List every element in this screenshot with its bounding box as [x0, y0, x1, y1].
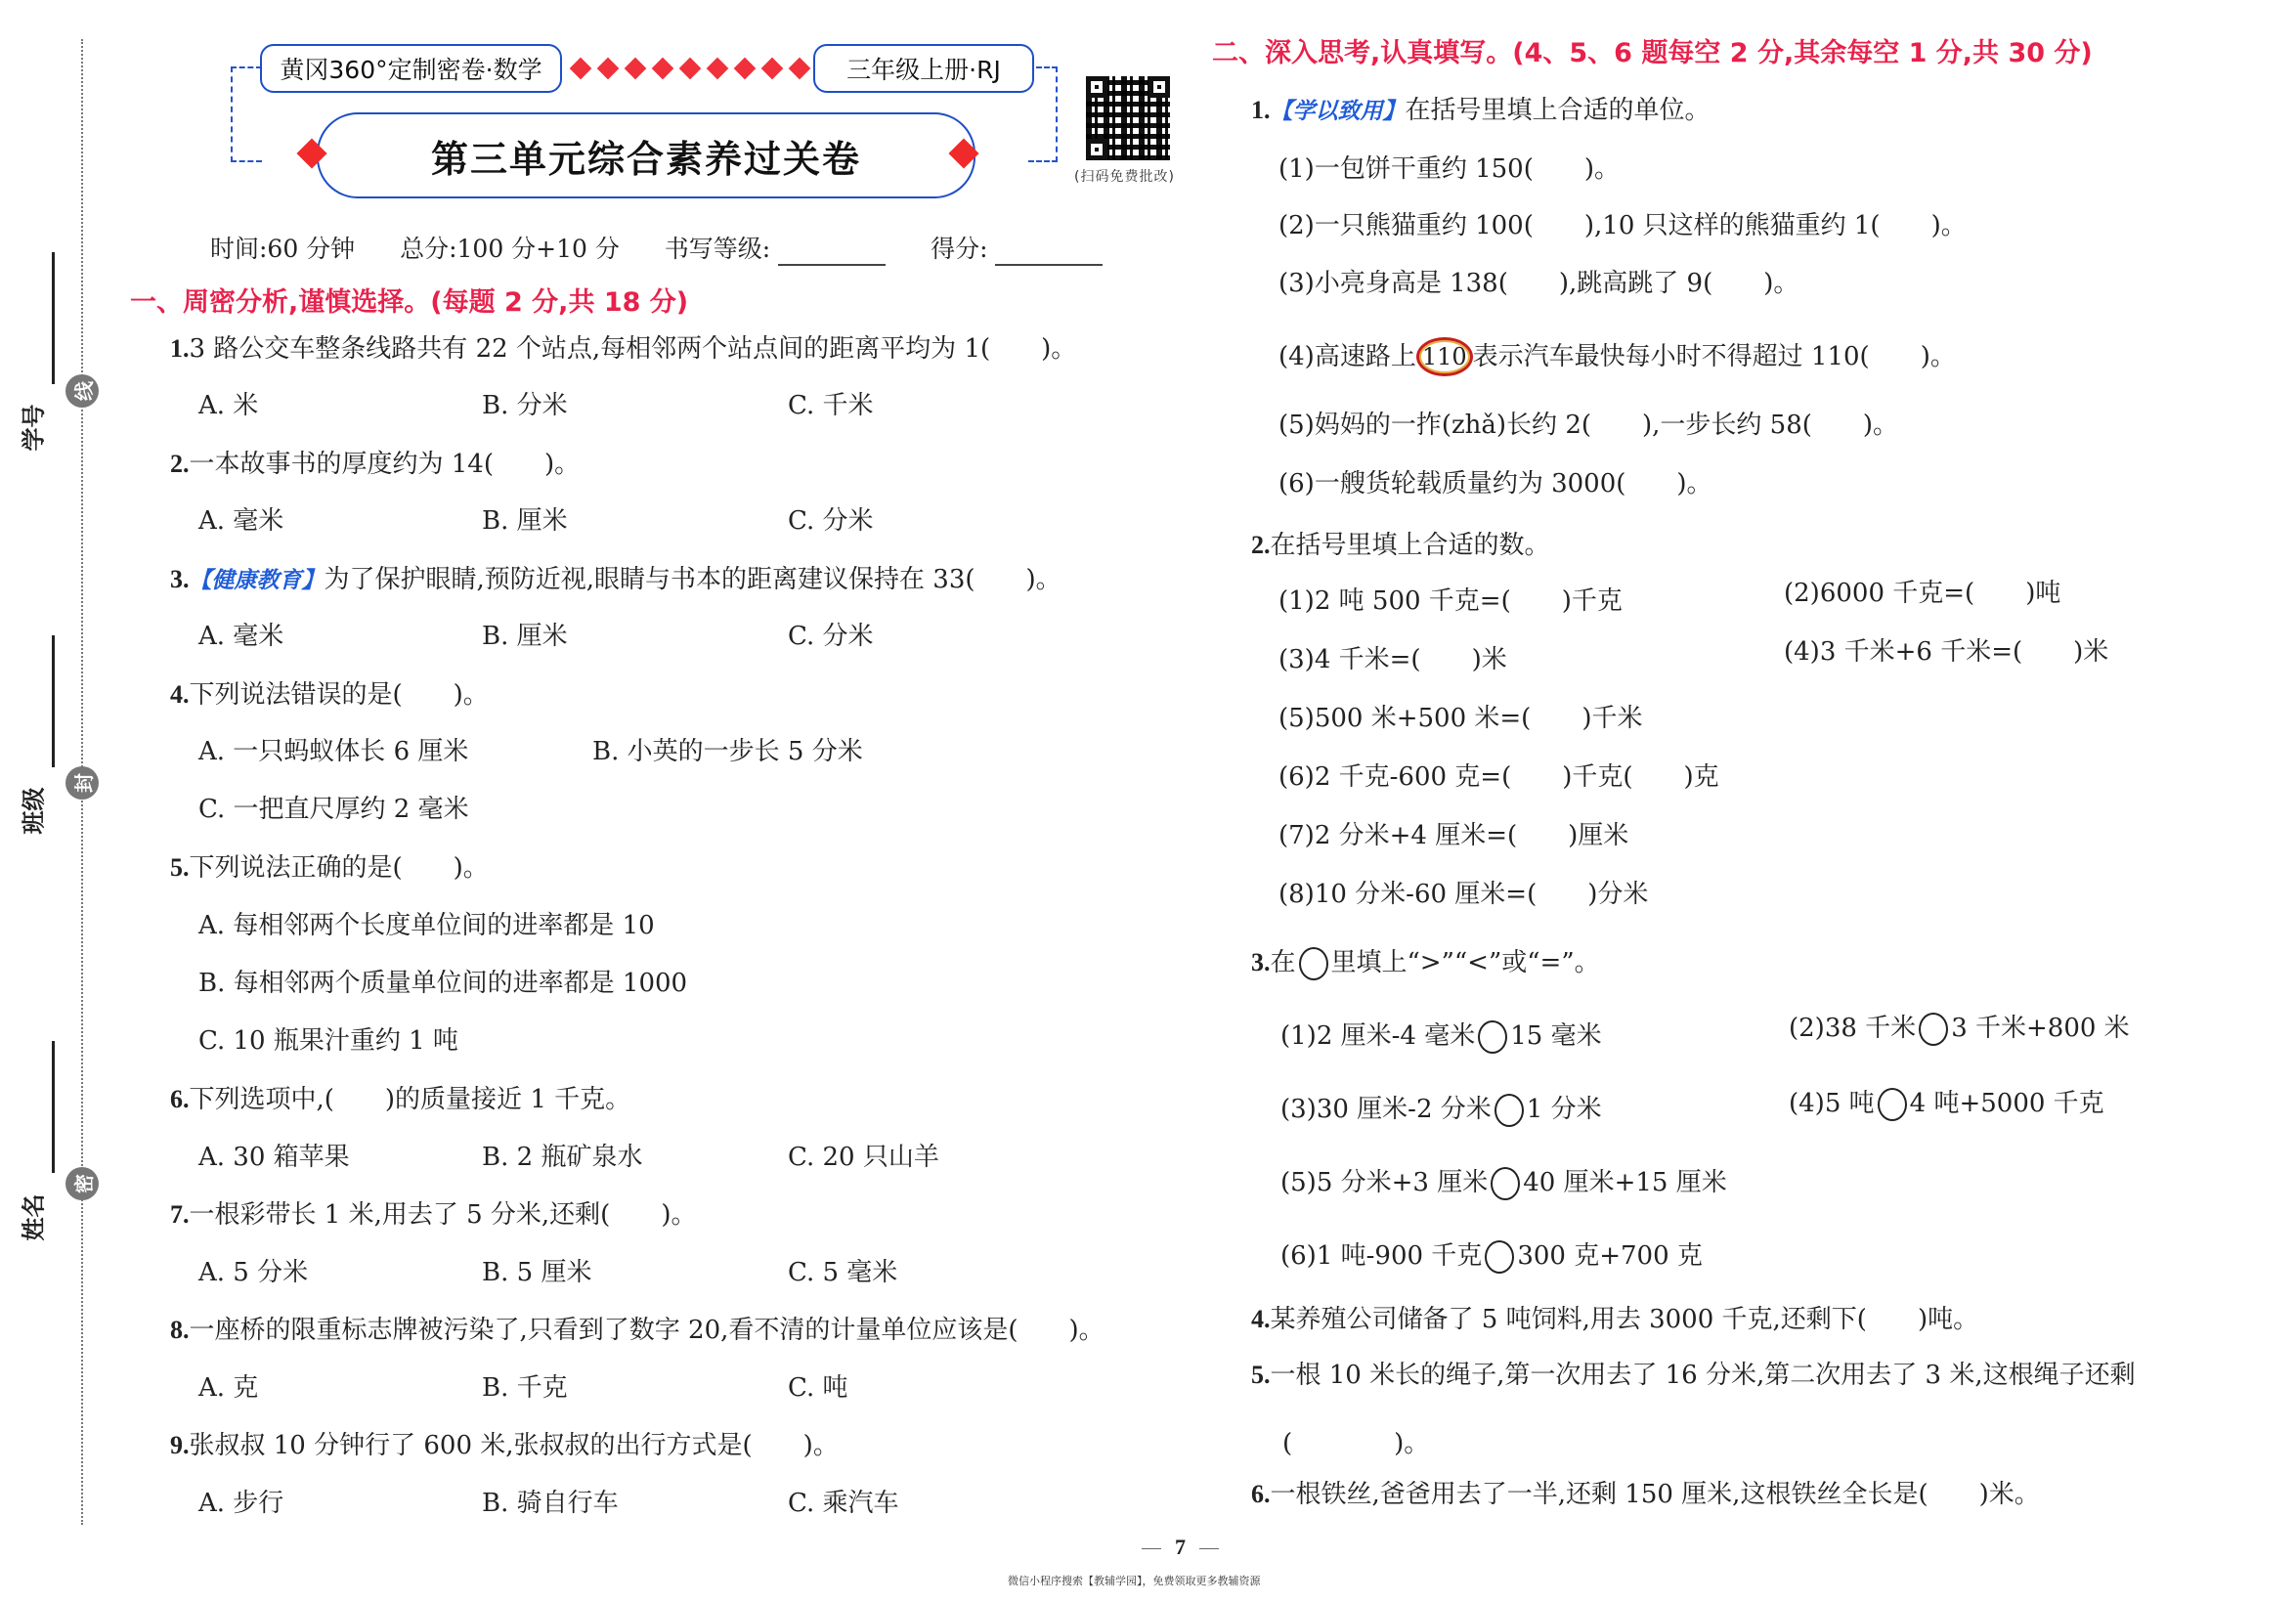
diamond-icon — [789, 58, 811, 80]
s1-question-3: 3.【健康教育】为了保护眼睛,预防近视,眼睛与书本的距离建议保持在 33( )。 — [170, 563, 1061, 597]
section1-title: 一、周密分析,谨慎选择。(每题 2 分,共 18 分) — [130, 281, 688, 319]
diamond-icon — [625, 58, 647, 80]
s2-q2-item-8[interactable]: (8)10 分米-60 厘米=( )分米 — [1278, 878, 1648, 911]
s1-question-1: 1.3 路公交车整条线路共有 22 个站点,每相邻两个站点间的距离平均为 1( … — [170, 332, 1076, 366]
s1-q7-option-a[interactable]: A. 5 分米 — [198, 1256, 308, 1289]
title-box: 第三单元综合素养过关卷 — [317, 112, 975, 198]
grade-label-box: 三年级上册·RJ — [813, 44, 1034, 93]
student-id-line — [52, 252, 55, 384]
diamond-icon — [679, 58, 702, 80]
footer-note: 微信小程序搜索【教辅学园】，免费领取更多教辅资源 — [1008, 1573, 1261, 1588]
series-label-box: 黄冈360°定制密卷·数学 — [260, 44, 562, 93]
s1-question-2: 2.一本故事书的厚度约为 14( )。 — [170, 448, 580, 481]
s2-q2-item-5[interactable]: (5)500 米+500 米=( )千米 — [1278, 702, 1642, 735]
s1-q2-option-b[interactable]: B. 厘米 — [482, 504, 568, 538]
page-title: 第三单元综合素养过关卷 — [431, 129, 861, 183]
s2-question-5: 5.一根 10 米长的绳子,第一次用去了 16 分米,第二次用去了 3 米,这根… — [1251, 1359, 2136, 1392]
seal-feng-icon: 封 — [65, 766, 99, 800]
compare-circle-icon — [1299, 947, 1328, 980]
diamond-icon — [652, 58, 674, 80]
score-field[interactable] — [995, 264, 1103, 266]
s1-q4-option-c[interactable]: C. 一把直尺厚约 2 毫米 — [198, 793, 469, 826]
s1-q5-option-a[interactable]: A. 每相邻两个长度单位间的进率都是 10 — [198, 909, 655, 942]
s2-q3-item-1[interactable]: (1)2 厘米-4 毫米15 毫米 — [1280, 1019, 1602, 1054]
s1-q8-option-c[interactable]: C. 吨 — [788, 1371, 848, 1405]
page-number: 7 — [1175, 1535, 1186, 1559]
s1-question-5: 5.下列说法正确的是( )。 — [170, 851, 489, 885]
s1-question-7: 7.一根彩带长 1 米,用去了 5 分米,还剩( )。 — [170, 1198, 696, 1232]
s2-q1-item-5[interactable]: (5)妈妈的一拃(zhǎ)长约 2( ),一步长约 58( )。 — [1278, 409, 1898, 442]
s1-q1-option-c[interactable]: C. 千米 — [788, 389, 874, 422]
s2-q1-item-4[interactable]: (4)高速路上110表示汽车最快每小时不得超过 110( )。 — [1278, 337, 1956, 376]
score-label: 得分: — [931, 235, 987, 263]
writing-grade-field[interactable] — [778, 264, 886, 266]
s2-q1-item-2[interactable]: (2)一只熊猫重约 100( ),10 只这样的熊猫重约 1( )。 — [1278, 209, 1967, 242]
dash-left — [1142, 1548, 1161, 1549]
dash-right — [1199, 1548, 1219, 1549]
s1-q6-option-b[interactable]: B. 2 瓶矿泉水 — [482, 1141, 642, 1174]
s1-q8-option-b[interactable]: B. 千克 — [482, 1371, 568, 1405]
s1-q5-option-c[interactable]: C. 10 瓶果汁重约 1 吨 — [198, 1024, 458, 1058]
diamond-icon — [597, 58, 620, 80]
total-score: 总分:100 分+10 分 — [400, 235, 620, 263]
diamond-icon — [761, 58, 784, 80]
s2-q3-item-6[interactable]: (6)1 吨-900 千克300 克+700 克 — [1280, 1239, 1703, 1274]
s2-q3-item-3[interactable]: (3)30 厘米-2 分米1 分米 — [1280, 1093, 1602, 1127]
s2-q3-item-5[interactable]: (5)5 分米+3 厘米40 厘米+15 厘米 — [1280, 1166, 1727, 1200]
header-left-connector — [231, 66, 262, 162]
s2-q3-item-4[interactable]: (4)5 吨4 吨+5000 千克 — [1789, 1087, 2104, 1121]
s2-q2-item-6[interactable]: (6)2 千克-600 克=( )千克( )克 — [1278, 760, 1719, 794]
qr-code[interactable] — [1086, 76, 1170, 160]
s1-q3-option-b[interactable]: B. 厘米 — [482, 620, 568, 653]
s1-q3-option-a[interactable]: A. 毫米 — [198, 620, 283, 653]
compare-circle-input[interactable] — [1919, 1013, 1948, 1046]
s1-q8-option-a[interactable]: A. 克 — [198, 1371, 258, 1405]
s1-q2-option-c[interactable]: C. 分米 — [788, 504, 874, 538]
time-limit: 时间:60 分钟 — [210, 235, 355, 263]
seal-mi-icon: 密 — [65, 1167, 99, 1200]
s2-question-3: 3.在里填上“>”“<”或“=”。 — [1251, 946, 1600, 980]
s1-q5-option-b[interactable]: B. 每相邻两个质量单位间的进率都是 1000 — [198, 967, 687, 1000]
compare-circle-input[interactable] — [1478, 1020, 1507, 1054]
s2-question-2: 2.在括号里填上合适的数。 — [1251, 529, 1550, 562]
s2-question-1: 1.【学以致用】在括号里填上合适的单位。 — [1251, 94, 1711, 128]
name-line — [52, 1041, 55, 1173]
s2-q3-item-2[interactable]: (2)38 千米3 千米+800 米 — [1789, 1012, 2130, 1046]
s1-q9-option-b[interactable]: B. 骑自行车 — [482, 1487, 619, 1520]
tag-health-education: 【健康教育】 — [190, 567, 325, 593]
diamond-icon — [734, 58, 757, 80]
s2-q1-item-1[interactable]: (1)一包饼干重约 150( )。 — [1278, 152, 1620, 186]
s1-question-4: 4.下列说法错误的是( )。 — [170, 678, 489, 712]
compare-circle-input[interactable] — [1485, 1240, 1514, 1274]
s2-q2-item-1[interactable]: (1)2 吨 500 千克=( )千克 — [1278, 585, 1623, 618]
s2-q2-item-7[interactable]: (7)2 分米+4 厘米=( )厘米 — [1278, 819, 1628, 852]
s1-q7-option-b[interactable]: B. 5 厘米 — [482, 1256, 591, 1289]
s2-q1-item-6[interactable]: (6)一艘货轮载质量约为 3000( )。 — [1278, 467, 1712, 500]
class-label: 班级 — [15, 788, 49, 835]
qr-corner — [1148, 76, 1170, 98]
s1-q3-option-c[interactable]: C. 分米 — [788, 620, 874, 653]
s1-q4-option-b[interactable]: B. 小英的一步长 5 分米 — [592, 735, 863, 768]
s2-q5-answer-blank[interactable]: ( )。 — [1282, 1427, 1429, 1460]
s1-question-8: 8.一座桥的限重标志牌被污染了,只看到了数字 20,看不清的计量单位应该是( )… — [170, 1314, 1105, 1347]
speed-limit-sign-icon: 110 — [1416, 337, 1473, 376]
s1-q2-option-a[interactable]: A. 毫米 — [198, 504, 283, 538]
writing-grade-label: 书写等级: — [665, 235, 770, 263]
class-line — [52, 635, 55, 767]
s1-q1-option-a[interactable]: A. 米 — [198, 389, 258, 422]
qr-caption: (扫码免费批改) — [1074, 166, 1175, 186]
exam-info: 时间:60 分钟 总分:100 分+10 分 书写等级: 得分: — [210, 233, 1103, 266]
student-id-label: 学号 — [15, 405, 49, 452]
s2-q2-item-4[interactable]: (4)3 千米+6 千米=( )米 — [1784, 635, 2108, 669]
diamond-icon — [570, 58, 592, 80]
s2-q2-item-3[interactable]: (3)4 千米=( )米 — [1278, 643, 1507, 676]
compare-circle-input[interactable] — [1495, 1094, 1524, 1127]
s2-question-6[interactable]: 6.一根铁丝,爸爸用去了一半,还剩 150 厘米,这根铁丝全长是( )米。 — [1251, 1478, 2040, 1511]
name-label: 姓名 — [15, 1194, 49, 1241]
series-label: 黄冈360°定制密卷·数学 — [280, 51, 542, 86]
s1-question-6: 6.下列选项中,( )的质量接近 1 千克。 — [170, 1083, 630, 1116]
s1-q7-option-c[interactable]: C. 5 毫米 — [788, 1256, 897, 1289]
s1-q9-option-c[interactable]: C. 乘汽车 — [788, 1487, 899, 1520]
page-number-row: 7 — [1142, 1535, 1219, 1560]
diamond-icon — [707, 58, 729, 80]
s2-q1-item-3[interactable]: (3)小亮身高是 138( ),跳高跳了 9( )。 — [1278, 267, 1798, 300]
s1-q6-option-a[interactable]: A. 30 箱苹果 — [198, 1141, 350, 1174]
s1-q6-option-c[interactable]: C. 20 只山羊 — [788, 1141, 939, 1174]
s1-q1-option-b[interactable]: B. 分米 — [482, 389, 568, 422]
qr-corner — [1086, 139, 1107, 160]
tag-apply-learning: 【学以致用】 — [1271, 98, 1406, 124]
section2-title: 二、深入思考,认真填写。(4、5、6 题每空 2 分,其余每空 1 分,共 30… — [1212, 31, 2093, 69]
grade-label: 三年级上册·RJ — [846, 51, 1001, 86]
s1-question-9: 9.张叔叔 10 分钟行了 600 米,张叔叔的出行方式是( )。 — [170, 1429, 839, 1462]
s1-q4-option-a[interactable]: A. 一只蚂蚁体长 6 厘米 — [198, 735, 468, 768]
seal-xian-icon: 线 — [65, 374, 99, 408]
s1-q9-option-a[interactable]: A. 步行 — [198, 1487, 283, 1520]
compare-circle-input[interactable] — [1878, 1088, 1907, 1121]
qr-corner — [1086, 76, 1107, 98]
s2-question-4[interactable]: 4.某养殖公司储备了 5 吨饲料,用去 3000 千克,还剩下( )吨。 — [1251, 1303, 1978, 1336]
diamond-row — [571, 59, 805, 78]
s2-q2-item-2[interactable]: (2)6000 千克=( )吨 — [1784, 577, 2060, 610]
compare-circle-input[interactable] — [1491, 1167, 1520, 1200]
